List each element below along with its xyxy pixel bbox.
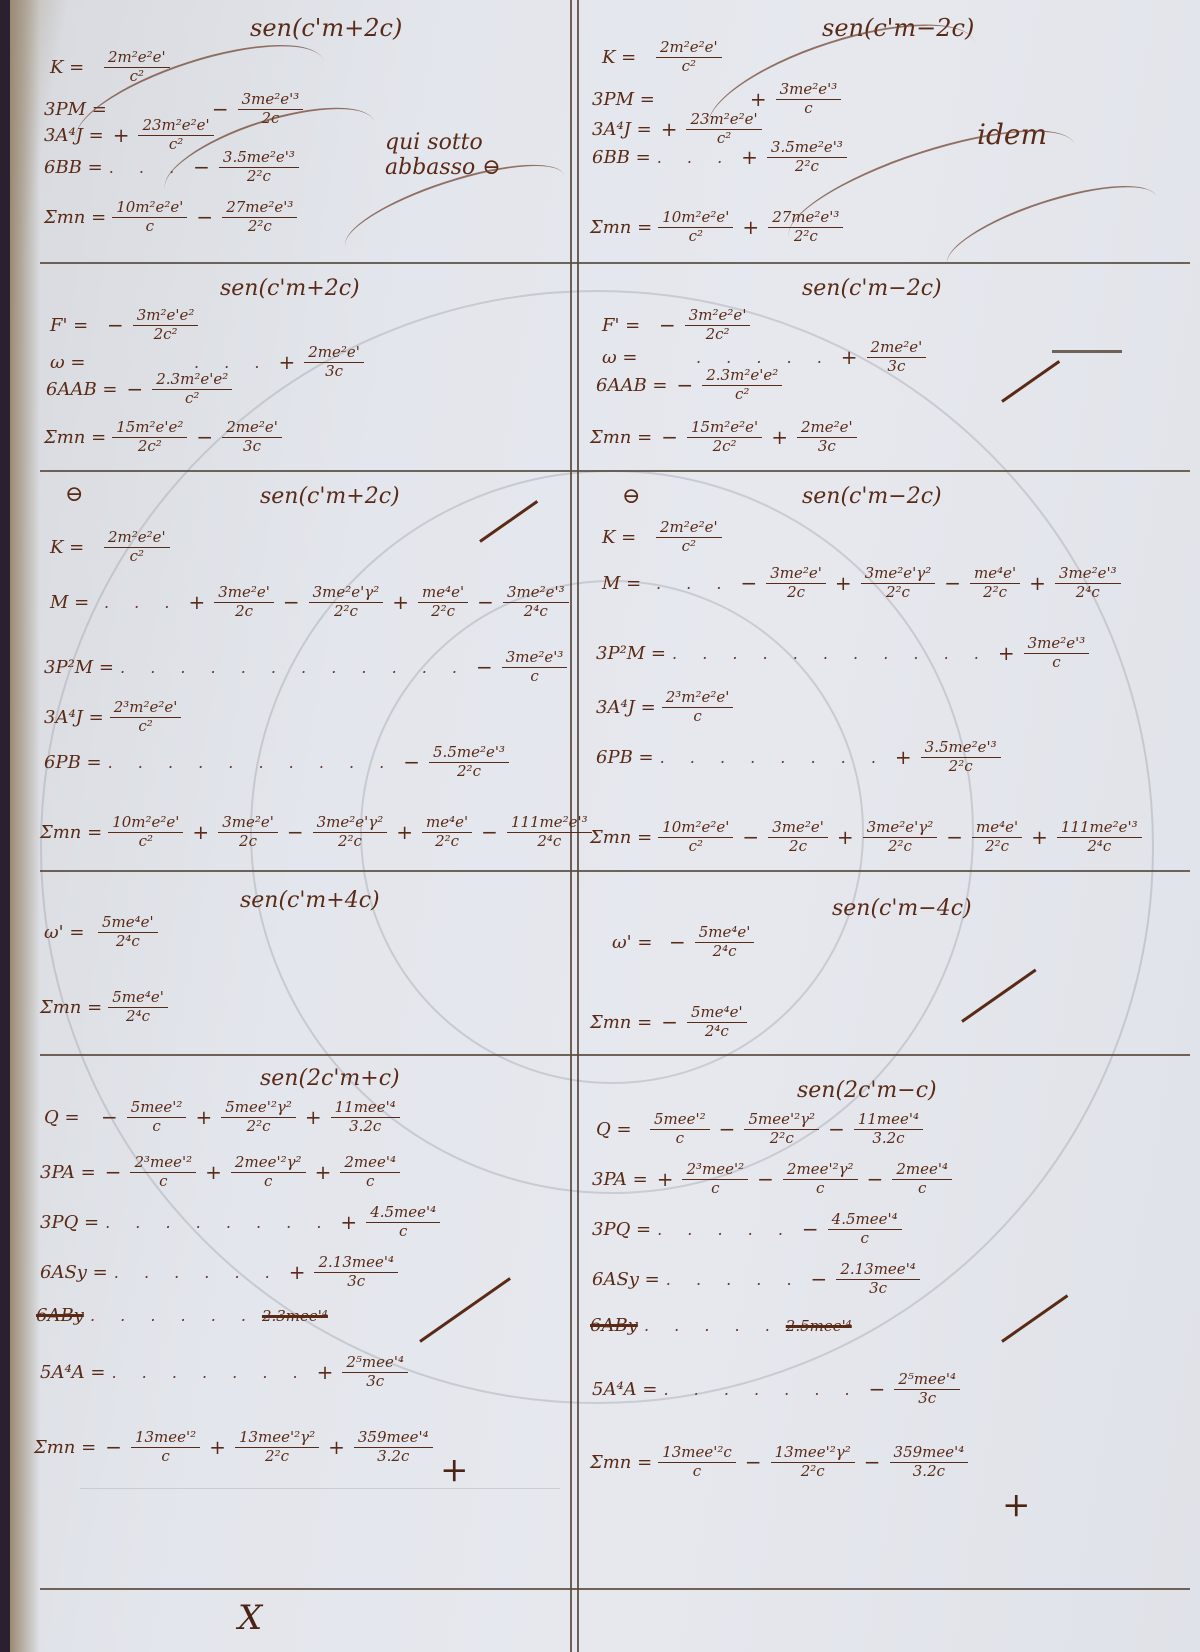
equation-row: ω' = − 5me⁴e'2⁴c	[612, 925, 754, 960]
equation-row: Q = − 5mee'²c + 5mee'²γ²2²c + 11mee'⁴3.2…	[44, 1100, 400, 1135]
equation-row: Σmn = 10m²e²e'c² − 3me²e'2c + 3me²e'γ²2²…	[590, 820, 1142, 855]
equation-row: 5A⁴A = . . . . . . . − 2⁵mee'⁴3c	[592, 1372, 960, 1407]
section-heading: sen(c'm−2c)	[802, 484, 942, 509]
section-heading: sen(c'm+2c)	[260, 484, 400, 509]
equation-row: 3P²M = . . . . . . . . . . . + 3me²e'³c	[596, 636, 1089, 671]
equation-row: Σmn = 10m²e²e'c − 27me²e'³2²c	[44, 200, 297, 235]
tick-mark	[961, 969, 1036, 1023]
equation-row-scratched: 6ABy . . . . . . 2.3mee'⁴	[36, 1305, 328, 1326]
x-mark: X	[238, 1598, 262, 1638]
equation-row: 3PQ = . . . . . − 4.5mee'⁴c	[592, 1212, 902, 1247]
section-heading: sen(c'm−2c)	[802, 276, 942, 301]
equation-row: Σmn = 5me⁴e'2⁴c	[40, 990, 168, 1025]
tick-mark	[419, 1277, 511, 1343]
tick-mark	[1001, 1294, 1068, 1342]
manuscript-page: sen(c'm+2c) K = 2m²e²e'c² 3PM = − 3me²e'…	[10, 0, 1200, 1652]
section-heading: sen(c'm−4c)	[832, 896, 972, 921]
equation-row: 6AAB = − 2.3m²e'e²c²	[46, 372, 232, 407]
equation-row: Σmn = − 15m²e²e'2c² + 2me²e'3c	[590, 420, 857, 455]
section-heading: sen(c'm+2c)	[250, 14, 402, 42]
right-column: sen(c'm−2c) K = 2m²e²e'c² 3PM = + 3me²e'…	[582, 0, 1200, 1652]
equation-row: Σmn = 13mee'²cc − 13mee'²γ²2²c − 359mee'…	[590, 1445, 968, 1480]
equation-row: M = . . . − 3me²e'2c + 3me²e'γ²2²c − me⁴…	[602, 566, 1121, 601]
tick-mark	[479, 500, 538, 543]
equation-lhs: K =	[50, 57, 98, 78]
section-heading: sen(c'm+4c)	[240, 888, 380, 913]
equation-row: K = 2m²e²e'c²	[602, 520, 722, 555]
equation-row: 5A⁴A = . . . . . . . + 2⁵mee'⁴3c	[40, 1355, 408, 1390]
plus-mark: +	[1002, 1485, 1031, 1525]
dash-mark	[1052, 350, 1122, 353]
equation-row: F' = − 3m²e²e'2c²	[602, 308, 750, 343]
equation-row: K = 2m²e²e'c²	[602, 40, 722, 75]
theta-marker: ⊖	[65, 482, 83, 507]
equation-row: Σmn = − 13mee'²c + 13mee'²γ²2²c + 359mee…	[34, 1430, 433, 1465]
equation-row: 3P²M = . . . . . . . . . . . . − 3me²e'³…	[44, 650, 567, 685]
equation-row: Σmn = 10m²e²e'c² + 3me²e'2c − 3me²e'γ²2²…	[40, 815, 592, 850]
equation-row: 6BB = . . . + 3.5me²e'³2²c	[592, 140, 847, 175]
equation-row: K = 2m²e²e'c²	[50, 530, 170, 565]
equation-row: 6PB = . . . . . . . . . . − 5.5me²e'³2²c	[44, 745, 509, 780]
equation-row: 3A⁴J = 2³m²e²e'c	[596, 690, 733, 725]
equation-row: 6ASy = . . . . . − 2.13mee'⁴3c	[592, 1262, 920, 1297]
equation-row: 3PA = − 2³mee'²c + 2mee'²γ²c + 2mee'⁴c	[40, 1155, 400, 1190]
equation-row: Q = 5mee'²c − 5mee'²γ²2²c − 11mee'⁴3.2c	[596, 1112, 923, 1147]
equation-row: 6AAB = − 2.3m²e'e²c²	[596, 368, 782, 403]
plus-mark: +	[440, 1450, 469, 1490]
equation-row: ω' = 5me⁴e'2⁴c	[44, 915, 158, 950]
equation-row-scratched: 6ABy . . . . . 2.5mee'⁴	[590, 1315, 852, 1336]
equation-row: F' = − 3m²e'e²2c²	[50, 308, 198, 343]
theta-marker: ⊖	[622, 484, 640, 509]
section-heading: sen(2c'm+c)	[260, 1066, 400, 1091]
equation-row: 6PB = . . . . . . . . + 3.5me²e'³2²c	[596, 740, 1001, 775]
equation-row: M = . . . + 3me²e'2c − 3me²e'γ²2²c + me⁴…	[50, 585, 569, 620]
section-heading: sen(c'm+2c)	[220, 276, 360, 301]
left-column: sen(c'm+2c) K = 2m²e²e'c² 3PM = − 3me²e'…	[10, 0, 570, 1652]
tick-mark	[1001, 360, 1060, 403]
equation-row: 6ASy = . . . . . . + 2.13mee'⁴3c	[40, 1255, 398, 1290]
equation-row: Σmn = − 5me⁴e'2⁴c	[590, 1005, 747, 1040]
equation-row: 3A⁴J = 2³m²e²e'c²	[44, 700, 181, 735]
section-heading: sen(2c'm−c)	[797, 1078, 937, 1103]
equation-row: 3PQ = . . . . . . . . + 4.5mee'⁴c	[40, 1205, 440, 1240]
equation-row: Σmn = 15m²e'e²2c² − 2me²e'3c	[44, 420, 282, 455]
equation-row: 3PA = + 2³mee'²c − 2mee'²γ²c − 2mee'⁴c	[592, 1162, 952, 1197]
